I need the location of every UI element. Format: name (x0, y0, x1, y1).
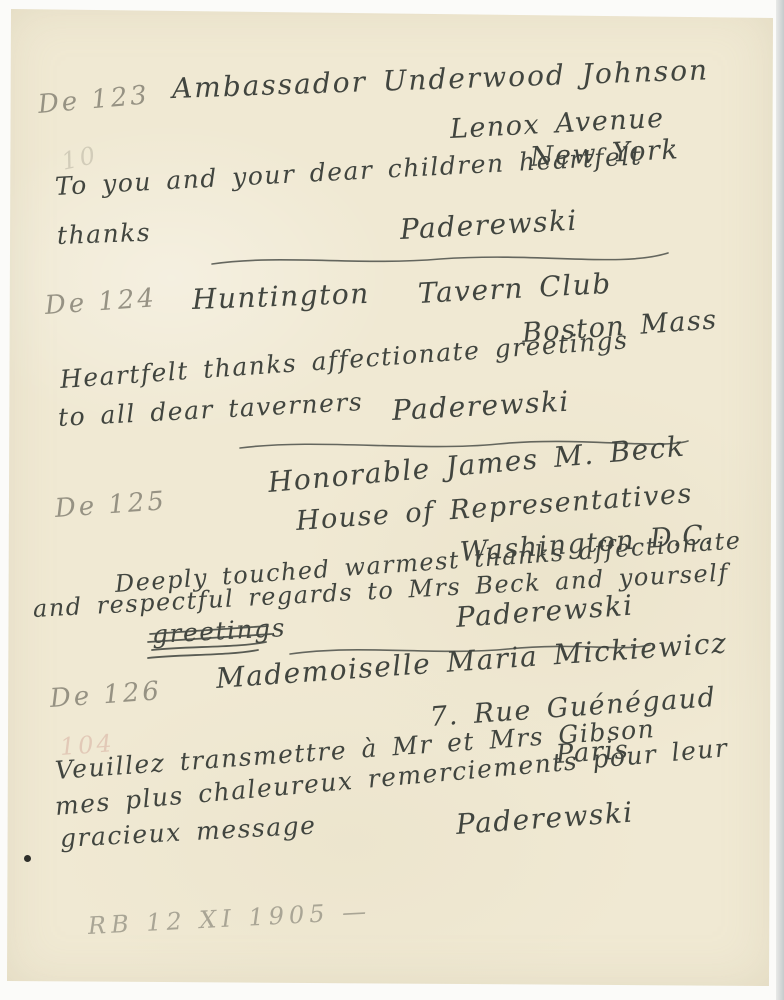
recipient-line: Huntington (191, 277, 370, 316)
message-line: thanks (56, 218, 151, 250)
manuscript-scan: De 123 10 Ambassador Underwood Johnson L… (0, 0, 784, 1000)
strikethrough-scribble (146, 622, 276, 664)
scanner-edge (776, 0, 784, 1000)
ink-dot (24, 855, 31, 862)
